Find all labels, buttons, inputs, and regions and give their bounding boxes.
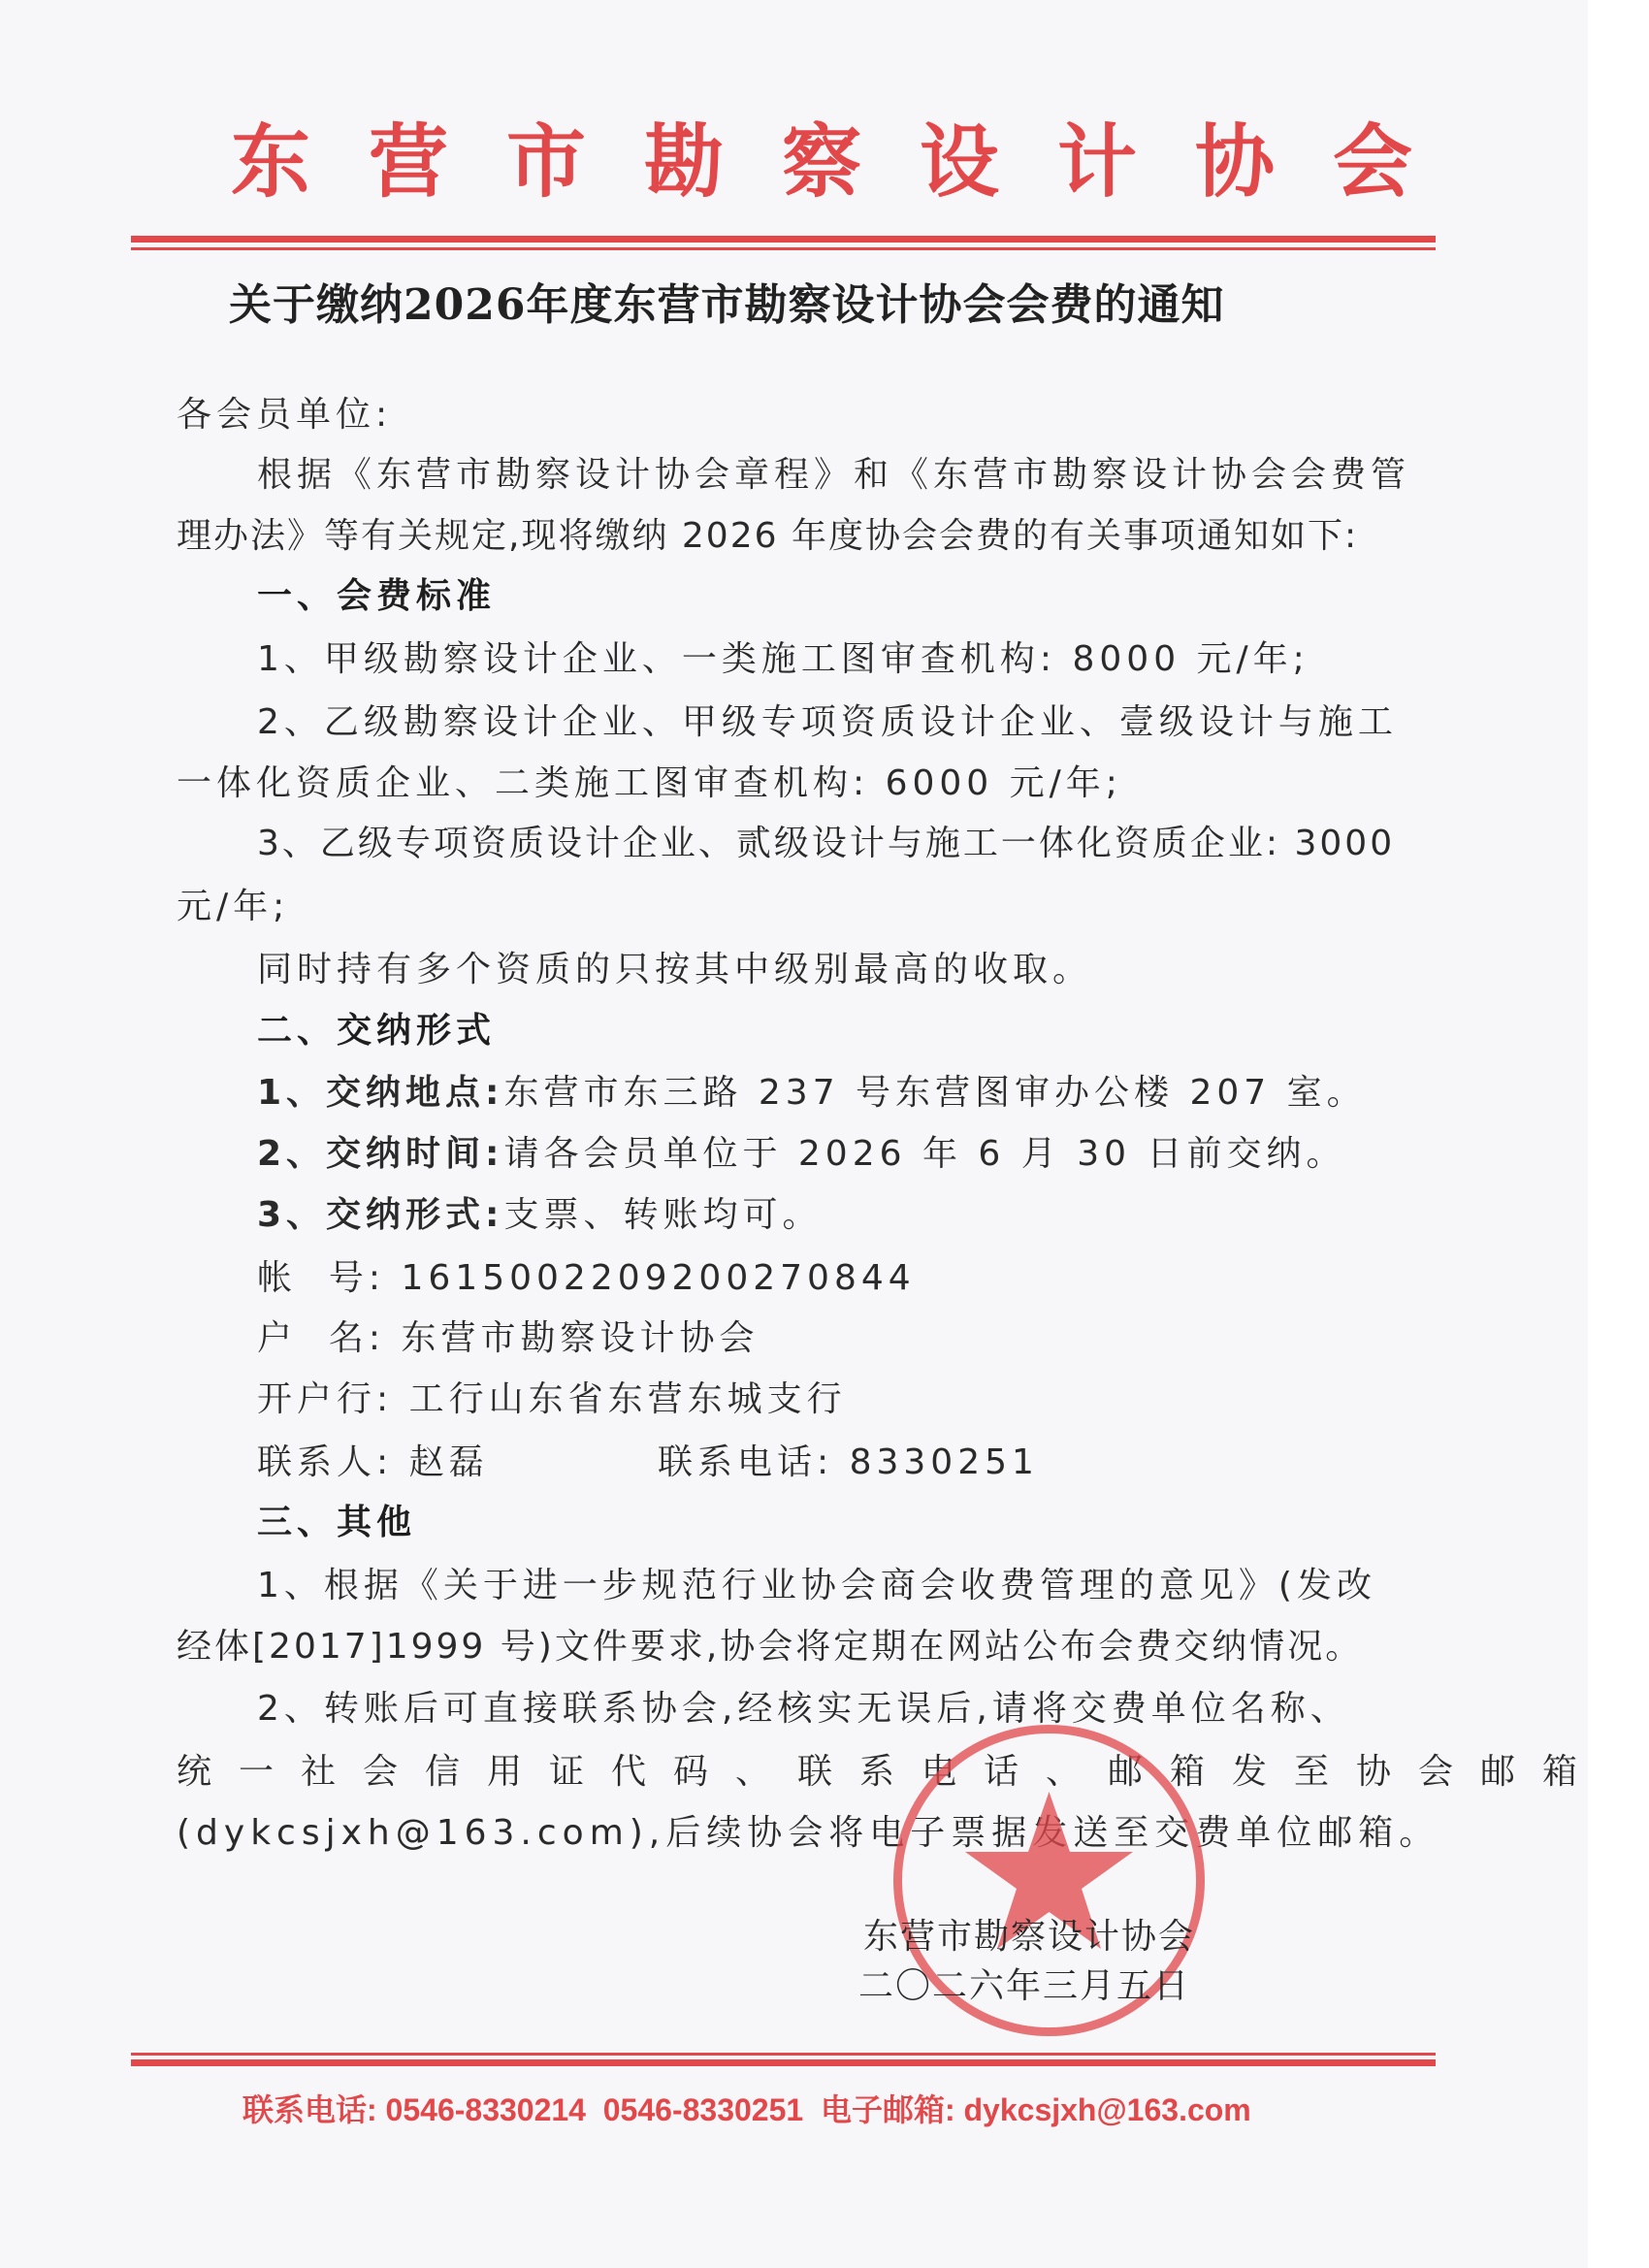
other-item-2-line-1: 2、转账后可直接联系协会,经核实无误后,请将交费单位名称、 xyxy=(257,1685,1350,1733)
footer-contact: 联系电话: 0546-8330214 0546-8330251 电子邮箱: dy… xyxy=(242,2089,1251,2131)
signature-date: 二〇二六年三月五日 xyxy=(858,1962,1190,2011)
document-title: 关于缴纳2026年度东营市勘察设计协会会费的通知 xyxy=(229,278,1224,333)
header-rule-thin xyxy=(131,247,1436,250)
section-2-heading: 二、交纳形式 xyxy=(257,1007,496,1055)
contact-person-label: 联系人: xyxy=(257,1442,393,1482)
contact-phone: 联系电话: 8330251 xyxy=(658,1439,1039,1487)
payment-place-label: 1、交纳地点: xyxy=(257,1073,503,1113)
fee-item-2-line-2: 一体化资质企业、二类施工图审查机构: 6000 元/年; xyxy=(177,760,1122,808)
payment-time-label: 2、交纳时间: xyxy=(257,1134,503,1174)
other-item-2-line-2: 统一社会信用证代码、联系电话、邮箱发至协会邮箱 xyxy=(177,1748,1604,1797)
payment-method-label: 3、交纳形式: xyxy=(257,1195,503,1235)
bank-account-label: 帐 号: xyxy=(257,1258,385,1298)
other-item-1-line-1: 1、根据《关于进一步规范行业协会商会收费管理的意见》(发改 xyxy=(257,1562,1376,1610)
bank-branch-value: 工行山东省东营东城支行 xyxy=(409,1379,847,1419)
payment-time: 2、交纳时间:请各会员单位于 2026 年 6 月 30 日前交纳。 xyxy=(257,1130,1345,1179)
contact-person-value: 赵磊 xyxy=(409,1442,489,1482)
intro-line-1: 根据《东营市勘察设计协会章程》和《东营市勘察设计协会会费管 xyxy=(257,451,1410,500)
bank-account: 帐 号: 1615002209200270844 xyxy=(257,1254,916,1303)
document-page: 东营市勘察设计协会 关于缴纳2026年度东营市勘察设计协会会费的通知 各会员单位… xyxy=(0,0,1588,2268)
header-rule-thick xyxy=(131,236,1436,243)
contact-phone-label: 联系电话: xyxy=(658,1442,833,1482)
footer-rule-thick xyxy=(131,2059,1436,2066)
signature-org: 东营市勘察设计协会 xyxy=(863,1913,1195,1961)
intro-line-2: 理办法》等有关规定,现将缴纳 2026 年度协会会费的有关事项通知如下: xyxy=(177,512,1358,561)
account-name-value: 东营市勘察设计协会 xyxy=(401,1318,759,1358)
payment-place: 1、交纳地点:东营市东三路 237 号东营图审办公楼 207 室。 xyxy=(257,1069,1367,1118)
other-item-1-line-2: 经体[2017]1999 号)文件要求,协会将定期在网站公布会费交纳情况。 xyxy=(177,1623,1363,1671)
section-1-heading: 一、会费标准 xyxy=(257,572,496,621)
payment-method-value: 支票、转账均可。 xyxy=(503,1195,822,1235)
fee-item-3-line-1: 3、乙级专项资质设计企业、贰级设计与施工一体化资质企业: 3000 xyxy=(257,820,1395,868)
fee-item-1: 1、甲级勘察设计企业、一类施工图审查机构: 8000 元/年; xyxy=(257,635,1309,684)
fee-note: 同时持有多个资质的只按其中级别最高的收取。 xyxy=(257,946,1092,994)
payment-time-value: 请各会员单位于 2026 年 6 月 30 日前交纳。 xyxy=(503,1134,1345,1174)
payment-place-value: 东营市东三路 237 号东营图审办公楼 207 室。 xyxy=(503,1073,1366,1113)
contact-phone-value: 8330251 xyxy=(850,1442,1039,1482)
bank-branch: 开户行: 工行山东省东营东城支行 xyxy=(257,1376,847,1424)
account-name: 户 名: 东营市勘察设计协会 xyxy=(257,1314,760,1363)
fee-item-2-line-1: 2、乙级勘察设计企业、甲级专项资质设计企业、壹级设计与施工 xyxy=(257,698,1398,747)
footer-rule-thin xyxy=(131,2053,1436,2056)
other-item-2-line-3: (dykcsjxh@163.com),后续协会将电子票据发送至交费单位邮箱。 xyxy=(177,1809,1439,1858)
masthead-org-name: 东营市勘察设计协会 xyxy=(231,109,1471,215)
fee-item-3-line-2: 元/年; xyxy=(177,883,289,931)
salutation: 各会员单位: xyxy=(177,391,392,439)
bank-branch-label: 开户行: xyxy=(257,1379,393,1419)
section-3-heading: 三、其他 xyxy=(257,1499,416,1547)
payment-method: 3、交纳形式:支票、转账均可。 xyxy=(257,1191,822,1240)
contact-person: 联系人: 赵磊 xyxy=(257,1439,489,1487)
account-name-label: 户 名: xyxy=(257,1318,385,1358)
bank-account-value: 1615002209200270844 xyxy=(401,1258,915,1298)
